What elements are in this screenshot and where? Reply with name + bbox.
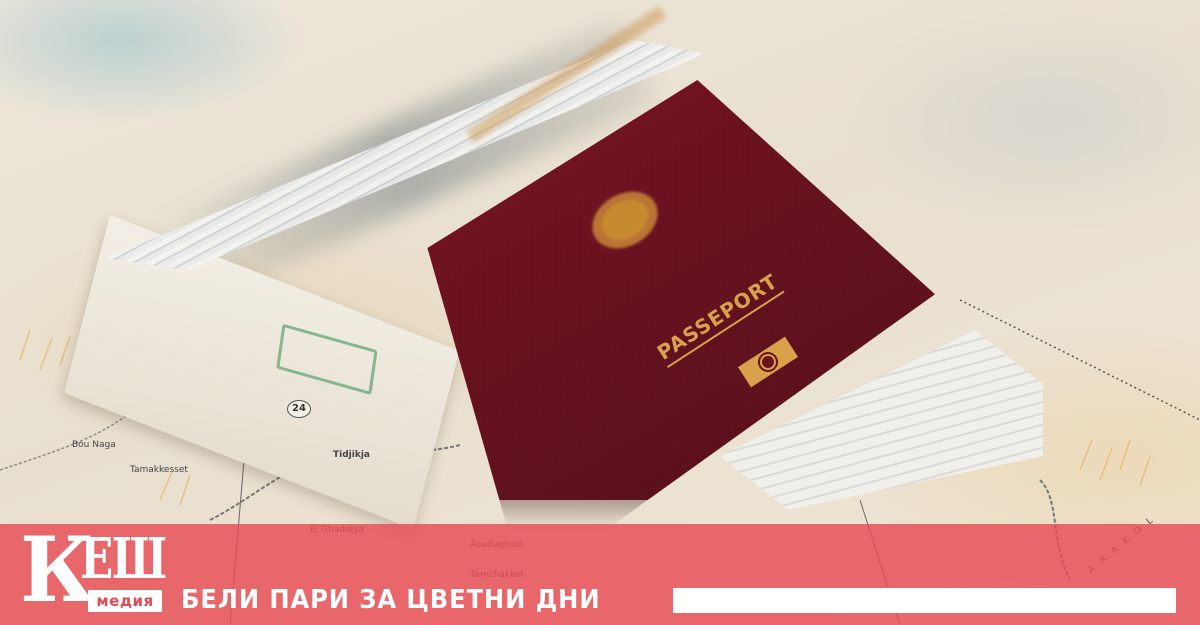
logo-subtitle: медия [88,590,162,612]
brand-slogan: БЕЛИ ПАРИ ЗА ЦВЕТНИ ДНИ [181,585,600,615]
logo-letters-esh: ЕШ [80,531,166,587]
map-label: Tamakkesset [130,465,188,475]
visa-stamp [276,324,377,395]
map-label: Bou Naga [72,440,116,450]
map-route-badge: 24 [287,400,311,418]
brand-logo[interactable]: К ЕШ медия [20,535,170,617]
decorative-bar [673,588,1176,613]
map-label: Tidjikja [333,450,370,460]
